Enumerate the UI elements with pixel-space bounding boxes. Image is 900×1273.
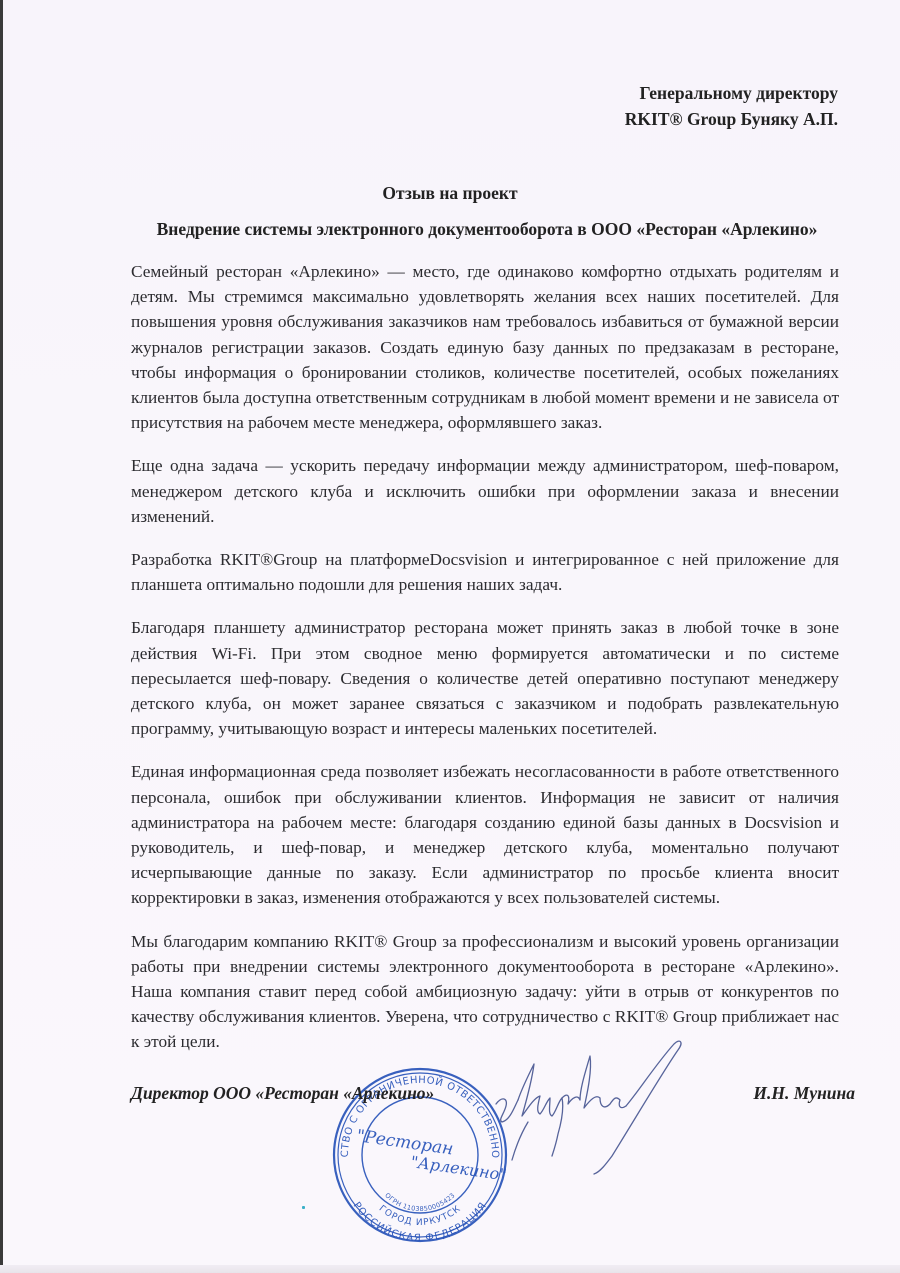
letter-body: Семейный ресторан «Арлекино» — место, гд… — [131, 259, 839, 1073]
paragraph-task: Еще одна задача — ускорить передачу инфо… — [131, 453, 839, 529]
scan-speck — [302, 1206, 305, 1209]
addressee-line-2: RKIT® Group Буняку А.П. — [625, 106, 838, 132]
paragraph-gratitude: Мы благодарим компанию RKIT® Group за пр… — [131, 929, 839, 1055]
addressee-block: Генеральному директору RKIT® Group Буняк… — [625, 80, 838, 132]
paragraph-intro: Семейный ресторан «Арлекино» — место, гд… — [131, 259, 839, 435]
paragraph-solution: Разработка RKIT®Group на платформеDocsvi… — [131, 547, 839, 597]
scan-bottom-edge — [0, 1265, 900, 1273]
svg-text:РОССИЙСКАЯ ФЕДЕРАЦИЯ: РОССИЙСКАЯ ФЕДЕРАЦИЯ — [351, 1200, 490, 1243]
svg-text:"Арлекино": "Арлекино" — [409, 1152, 507, 1184]
paragraph-environment: Единая информационная среда позволяет из… — [131, 759, 839, 910]
signatory-role: Директор ООО «Ресторан «Арлекино» — [131, 1083, 434, 1104]
paragraph-tablet: Благодаря планшету администратор рестора… — [131, 615, 839, 741]
svg-text:ГОРОД ИРКУТСК: ГОРОД ИРКУТСК — [377, 1204, 463, 1228]
svg-text:"Ресторан: "Ресторан — [355, 1126, 454, 1159]
letter-page: Генеральному директору RKIT® Group Буняк… — [0, 0, 900, 1273]
signatory-name: И.Н. Мунина — [753, 1083, 855, 1104]
svg-text:ОГРН 1103850005423: ОГРН 1103850005423 — [383, 1191, 456, 1213]
document-title: Отзыв на проект — [0, 183, 900, 204]
document-subtitle: Внедрение системы электронного документо… — [122, 219, 852, 240]
svg-text:ОБЩЕСТВО С ОГРАНИЧЕННОЙ ОТВЕТС: ОБЩЕСТВО С ОГРАНИЧЕННОЙ ОТВЕТСТВЕННОСТЬЮ — [330, 1063, 500, 1159]
addressee-line-1: Генеральному директору — [625, 80, 838, 106]
